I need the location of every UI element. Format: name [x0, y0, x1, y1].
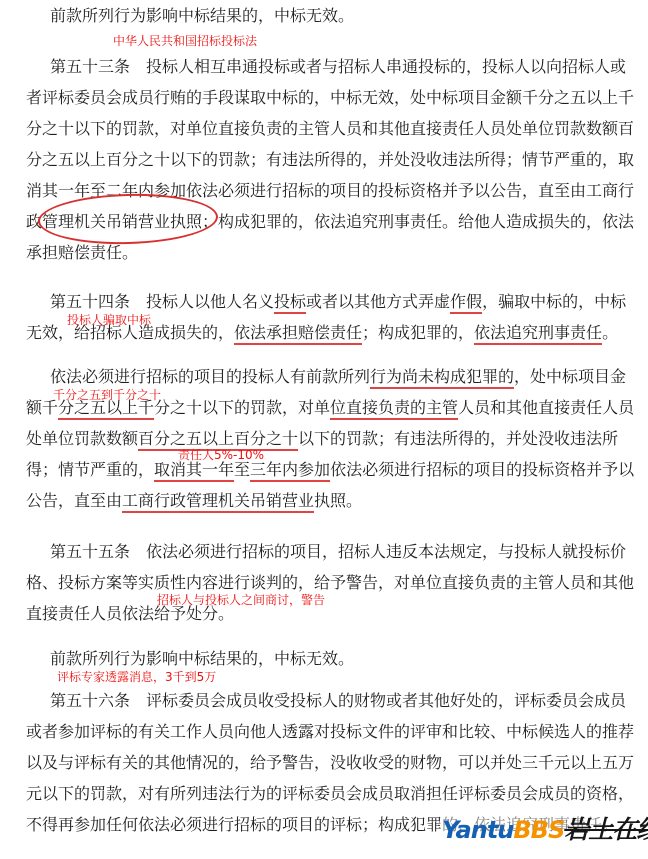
- text-run: 第五十四条 投标人以他人名义: [50, 292, 274, 311]
- text-run: 依法必须进行招标的项目的投标人有前款所列: [50, 367, 370, 386]
- paragraph: 第五十五条 依法必须进行招标的项目，招标人违反本法规定，与投标人就投标价格、投标…: [0, 536, 648, 629]
- text-run: 依法必须进行招标的项目的投标资格并予以: [330, 460, 634, 479]
- text-line: 第五十六条 评标委员会成员收受投标人的财物或者其他好处的，评标委员会成员: [0, 685, 648, 716]
- text-run: 元以下的罚款，对有所列违法行为的评标委员会成员取消担任评标委员会成员的资格，: [26, 784, 634, 803]
- text-run: 消其一年至二年内参加依法必须进行招标的项目的投标资格并予以公告，直至由工商行: [26, 181, 634, 200]
- text-run: 得；情节严重的，: [26, 460, 154, 479]
- text-line: 以及与评标有关的其他情况的，给予警告，没收收受的财物，可以并处三千元以上五万: [0, 747, 648, 778]
- red-underlined-text: 依法承担赔偿责任: [234, 323, 362, 345]
- text-line: 承担赔偿责任。: [0, 237, 648, 268]
- text-run: 政管理机关吊销营业执照；构成犯罪的，依法追究刑事责任。给他人造成损失的，依法: [26, 212, 634, 231]
- red-underlined-text: 行为尚未构成犯罪的: [370, 367, 514, 389]
- red-annotation: 责任人5%-10%: [178, 449, 264, 461]
- text-line: 第五十三条 投标人相互串通投标或者与招标人串通投标的，投标人以向招标人或: [0, 51, 648, 82]
- red-annotation: 投标人骗取中标: [67, 314, 151, 326]
- text-run: 执照。: [314, 491, 362, 510]
- text-run: 者评标委员会成员行贿的手段谋取中标的，中标无效，处中标项目金额千分之五以上千: [26, 88, 634, 107]
- text-line: 或者参加评标的有关工作人员向他人透露对投标文件的评审和比较、中标候选人的推荐: [0, 716, 648, 747]
- text-run: 格、投标方案等实质性内容进行谈判的，给予警告，对单位直接负责的主管人员和其他: [26, 573, 634, 592]
- red-underlined-text: 作假: [450, 292, 482, 314]
- red-underlined-text: 工商行政管理机关吊销营业: [122, 491, 314, 513]
- paragraph: 依法必须进行招标的项目的投标人有前款所列行为尚未构成犯罪的，处中标项目金千分之五…: [0, 361, 648, 516]
- red-underlined-text: 取消其一年: [154, 460, 234, 482]
- watermark-cn-logo: 岩土在线: [564, 815, 648, 844]
- document-page: 前款所列行为影响中标结果的，中标无效。中华人民共和国招标投标法第五十三条 投标人…: [0, 0, 648, 859]
- text-line: 者评标委员会成员行贿的手段谋取中标的，中标无效，处中标项目金额千分之五以上千: [0, 82, 648, 113]
- red-underlined-text: 三年内参加: [250, 460, 330, 482]
- document-body: 前款所列行为影响中标结果的，中标无效。中华人民共和国招标投标法第五十三条 投标人…: [0, 0, 648, 840]
- watermark: YantuBBS岩土在线: [441, 810, 648, 838]
- paragraph: 中华人民共和国招标投标法第五十三条 投标人相互串通投标或者与招标人串通投标的，投…: [0, 51, 648, 268]
- red-underlined-text: 依法追究刑事责任: [474, 323, 602, 345]
- text-run: 第五十六条 评标委员会成员收受投标人的财物或者其他好处的，评标委员会成员: [50, 691, 626, 710]
- text-run: 。: [602, 323, 618, 342]
- red-annotation: 千分之五到千分之十: [53, 389, 161, 401]
- text-run: ；构成犯罪的，: [362, 323, 474, 342]
- red-underlined-text: 投标: [274, 292, 306, 314]
- text-run: 人员和其他直接责任人员: [458, 398, 634, 417]
- text-run: 承担赔偿责任。: [26, 243, 138, 262]
- text-line: 公告，直至由工商行政管理机关吊销营业执照。: [0, 485, 648, 516]
- text-run: 分之五以上百分之十以下的罚款；有违法所得的，并处没收违法所得；情节严重的，取: [26, 150, 634, 169]
- text-run: ，骗取中标的，中标: [482, 292, 626, 311]
- text-line: 分之十以下的罚款，对单位直接负责的主管人员和其他直接责任人员处单位罚款数额百: [0, 113, 648, 144]
- text-run: 第五十五条 依法必须进行招标的项目，招标人违反本法规定，与投标人就投标价: [50, 542, 626, 561]
- text-run: 公告，直至由: [26, 491, 122, 510]
- text-run: 以及与评标有关的其他情况的，给予警告，没收收受的财物，可以并处三千元以上五万: [26, 753, 634, 772]
- text-run: 前款所列行为影响中标结果的，中标无效。: [50, 649, 354, 668]
- paragraph: 第五十四条 投标人以他人名义投标或者以其他方式弄虚作假，骗取中标的，中标投标人骗…: [0, 286, 648, 348]
- text-line: 政管理机关吊销营业执照；构成犯罪的，依法追究刑事责任。给他人造成损失的，依法: [0, 206, 648, 237]
- text-run: 或者以其他方式弄虚: [306, 292, 450, 311]
- text-run: ，处中标项目金: [514, 367, 626, 386]
- watermark-yantu: Yantu: [442, 816, 513, 844]
- text-run: 至: [234, 460, 250, 479]
- watermark-bbs: BBS: [513, 816, 564, 844]
- paragraph: 前款所列行为影响中标结果的，中标无效。: [0, 0, 648, 31]
- text-line: 前款所列行为影响中标结果的，中标无效。: [0, 0, 648, 31]
- text-line: 元以下的罚款，对有所列违法行为的评标委员会成员取消担任评标委员会成员的资格，: [0, 778, 648, 809]
- text-line: 第五十五条 依法必须进行招标的项目，招标人违反本法规定，与投标人就投标价: [0, 536, 648, 567]
- text-run: 分之十以下的罚款，对单位直接负责的主管人员和其他直接责任人员处单位罚款数额百: [26, 119, 634, 138]
- text-run: 前款所列行为影响中标结果的，中标无效。: [50, 6, 354, 25]
- text-run: 分之十以下的罚款，对单: [154, 398, 330, 417]
- text-line: 处单位罚款数额百分之五以上百分之十以下的罚款；有违法所得的，并处没收违法所: [0, 423, 648, 454]
- red-underlined-text: 位直接负责的主管: [330, 398, 458, 420]
- text-run: 以下的罚款；有违法所得的，并处没收违法所: [298, 429, 618, 448]
- text-line: 分之五以上百分之十以下的罚款；有违法所得的，并处没收违法所得；情节严重的，取: [0, 144, 648, 175]
- text-run: 第五十三条 投标人相互串通投标或者与招标人串通投标的，投标人以向招标人或: [50, 57, 626, 76]
- red-annotation: 评标专家透露消息，3千到5万: [57, 671, 216, 683]
- red-annotation: 招标人与投标人之间商讨，警告: [157, 594, 325, 606]
- text-line: 消其一年至二年内参加依法必须进行招标的项目的投标资格并予以公告，直至由工商行: [0, 175, 648, 206]
- red-annotation: 中华人民共和国招标投标法: [113, 35, 257, 47]
- text-line: 得；情节严重的，取消其一年至三年内参加依法必须进行招标的项目的投标资格并予以: [0, 454, 648, 485]
- text-run: 或者参加评标的有关工作人员向他人透露对投标文件的评审和比较、中标候选人的推荐: [26, 722, 634, 741]
- text-run: 处单位罚款数额: [26, 429, 138, 448]
